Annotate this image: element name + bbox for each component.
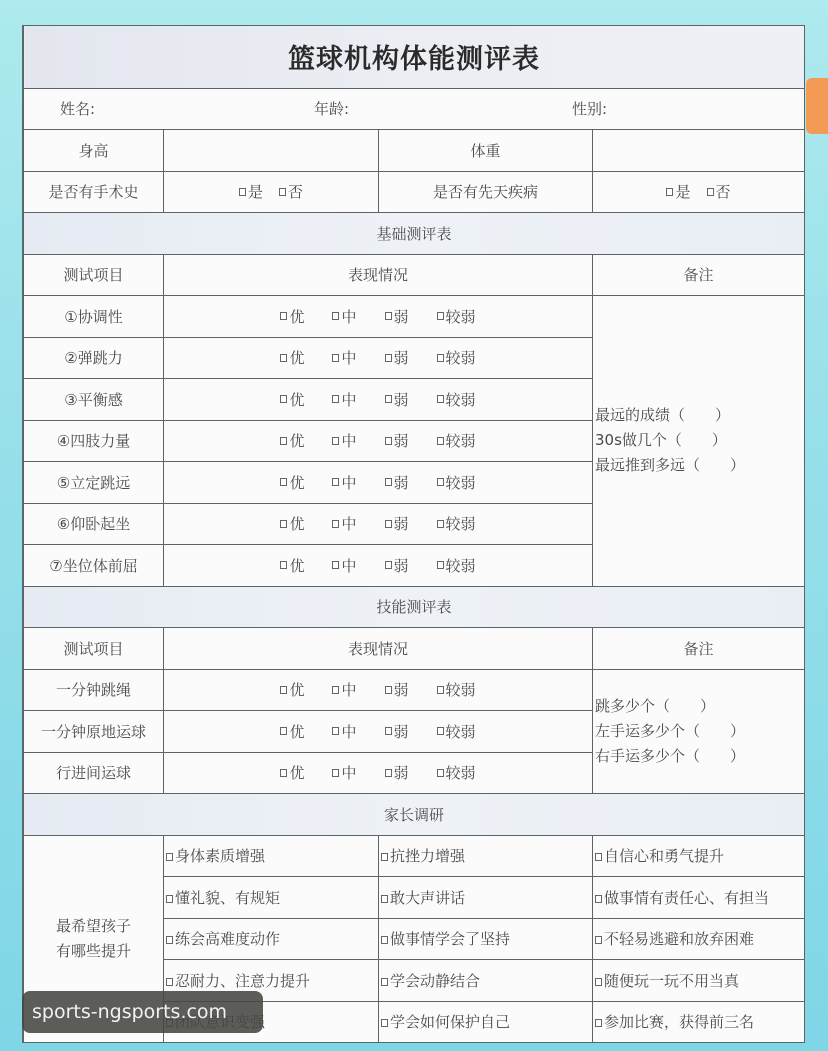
checkbox-icon: [595, 1019, 602, 1027]
test-item: 一分钟原地运球: [24, 711, 164, 753]
decorative-orange-tab: [806, 78, 828, 134]
rating-weak-checkbox[interactable]: 弱: [385, 306, 409, 327]
checkbox-icon: [280, 686, 287, 694]
test-item: 行进间运球: [24, 752, 164, 794]
checkbox-icon: [280, 478, 287, 486]
basic-row-1: ①协调性 优 中 弱 较弱 最远的成绩（ ） 30s做几个（ ） 最远推到多远（…: [24, 296, 805, 338]
checkbox-icon: [437, 395, 444, 403]
checkbox-icon: [239, 188, 246, 196]
test-item: ②弹跳力: [24, 337, 164, 379]
rating-options: 优 中 弱 较弱: [164, 711, 593, 753]
rating-options: 优 中 弱 较弱: [164, 420, 593, 462]
parent-row-1: 最希望孩子 有哪些提升 身体素质增强 抗挫力增强 自信心和勇气提升: [24, 835, 805, 877]
test-item: 一分钟跳绳: [24, 669, 164, 711]
basic-notes-cell[interactable]: 最远的成绩（ ） 30s做几个（ ） 最远推到多远（ ）: [593, 296, 805, 587]
form-title: 篮球机构体能测评表: [24, 26, 805, 88]
rating-weak-checkbox[interactable]: 弱: [385, 347, 409, 368]
basic-section-header: 基础测评表: [24, 213, 805, 255]
checkbox-icon: [332, 520, 339, 528]
parent-option-checkbox[interactable]: 随便玩一玩不用当真: [593, 960, 805, 1002]
checkbox-icon: [437, 561, 444, 569]
column-header-performance: 表现情况: [164, 254, 593, 296]
rating-weaker-checkbox[interactable]: 较弱: [437, 679, 476, 700]
rating-weak-checkbox[interactable]: 弱: [385, 389, 409, 410]
height-label: 身高: [24, 130, 164, 172]
height-input[interactable]: [164, 130, 379, 172]
rating-excellent-checkbox[interactable]: 优: [280, 347, 304, 368]
rating-excellent-checkbox[interactable]: 优: [280, 389, 304, 410]
note-line: 左手运多少个（ ）: [595, 719, 804, 744]
rating-options: 优 中 弱 较弱: [164, 669, 593, 711]
parent-option-checkbox[interactable]: 做事情有责任心、有担当: [593, 877, 805, 919]
skill-row-1: 一分钟跳绳 优 中 弱 较弱 跳多少个（ ） 左手运多少个（ ） 右手运多少个（…: [24, 669, 805, 711]
rating-weak-checkbox[interactable]: 弱: [385, 679, 409, 700]
rating-options: 优 中 弱 较弱: [164, 545, 593, 587]
form-table: 篮球机构体能测评表 姓名: 年龄: 性别: 身高 体重 是否有手术史 是 否 是…: [23, 26, 805, 1043]
checkbox-icon: [280, 437, 287, 445]
checkbox-icon: [385, 437, 392, 445]
test-item: ⑦坐位体前屈: [24, 545, 164, 587]
medical-history-row: 是否有手术史 是 否 是否有先天疾病 是 否: [24, 171, 805, 213]
checkbox-icon: [385, 395, 392, 403]
checkbox-icon: [385, 727, 392, 735]
rating-medium-checkbox[interactable]: 中: [332, 555, 356, 576]
parent-option-checkbox[interactable]: 敢大声讲话: [379, 877, 593, 919]
name-field-label[interactable]: 姓名:: [60, 98, 314, 119]
test-item: ⑥仰卧起坐: [24, 503, 164, 545]
checkbox-icon: [332, 354, 339, 362]
rating-options: 优 中 弱 较弱: [164, 503, 593, 545]
note-line: 最远的成绩（ ）: [595, 403, 804, 428]
parent-option-checkbox[interactable]: 不轻易逃避和放弃困难: [593, 918, 805, 960]
checkbox-icon: [280, 561, 287, 569]
rating-weaker-checkbox[interactable]: 较弱: [437, 472, 476, 493]
rating-medium-checkbox[interactable]: 中: [332, 472, 356, 493]
column-header-item: 测试项目: [24, 254, 164, 296]
rating-weak-checkbox[interactable]: 弱: [385, 513, 409, 534]
column-header-notes: 备注: [593, 254, 805, 296]
checkbox-icon: [381, 936, 388, 944]
checkbox-icon: [280, 769, 287, 777]
rating-options: 优 中 弱 较弱: [164, 296, 593, 338]
test-item: ③平衡感: [24, 379, 164, 421]
basic-section-title: 基础测评表: [24, 213, 805, 255]
checkbox-icon: [707, 188, 714, 196]
checkbox-icon: [385, 478, 392, 486]
watermark: sports-ngsports.com: [22, 991, 263, 1033]
rating-medium-checkbox[interactable]: 中: [332, 347, 356, 368]
rating-excellent-checkbox[interactable]: 优: [280, 430, 304, 451]
skill-section-title: 技能测评表: [24, 586, 805, 628]
rating-excellent-checkbox[interactable]: 优: [280, 762, 304, 783]
checkbox-icon: [437, 727, 444, 735]
checkbox-icon: [385, 520, 392, 528]
checkbox-icon: [332, 395, 339, 403]
rating-excellent-checkbox[interactable]: 优: [280, 513, 304, 534]
parent-section-title: 家长调研: [24, 794, 805, 836]
checkbox-icon: [385, 312, 392, 320]
checkbox-icon: [332, 769, 339, 777]
rating-weaker-checkbox[interactable]: 较弱: [437, 347, 476, 368]
rating-excellent-checkbox[interactable]: 优: [280, 721, 304, 742]
checkbox-icon: [280, 354, 287, 362]
checkbox-icon: [381, 853, 388, 861]
height-weight-row: 身高 体重: [24, 130, 805, 172]
rating-weak-checkbox[interactable]: 弱: [385, 430, 409, 451]
column-header-item: 测试项目: [24, 628, 164, 670]
checkbox-icon: [666, 188, 673, 196]
basic-column-headers: 测试项目 表现情况 备注: [24, 254, 805, 296]
checkbox-icon: [166, 978, 173, 986]
checkbox-icon: [332, 478, 339, 486]
rating-weaker-checkbox[interactable]: 较弱: [437, 762, 476, 783]
surgery-yes-checkbox[interactable]: 是: [239, 181, 263, 202]
checkbox-icon: [381, 895, 388, 903]
checkbox-icon: [280, 395, 287, 403]
skill-notes-cell[interactable]: 跳多少个（ ） 左手运多少个（ ） 右手运多少个（ ）: [593, 669, 805, 794]
rating-medium-checkbox[interactable]: 中: [332, 389, 356, 410]
rating-options: 优 中 弱 较弱: [164, 752, 593, 794]
checkbox-icon: [385, 686, 392, 694]
skill-section-header: 技能测评表: [24, 586, 805, 628]
test-item: ④四肢力量: [24, 420, 164, 462]
checkbox-icon: [595, 895, 602, 903]
rating-weaker-checkbox[interactable]: 较弱: [437, 513, 476, 534]
note-line: 右手运多少个（ ）: [595, 744, 804, 769]
title-row: 篮球机构体能测评表: [24, 26, 805, 88]
rating-medium-checkbox[interactable]: 中: [332, 721, 356, 742]
rating-options: 优 中 弱 较弱: [164, 337, 593, 379]
checkbox-icon: [385, 354, 392, 362]
evaluation-form: 篮球机构体能测评表 姓名: 年龄: 性别: 身高 体重 是否有手术史 是 否 是…: [22, 25, 805, 1043]
checkbox-icon: [280, 727, 287, 735]
rating-medium-checkbox[interactable]: 中: [332, 513, 356, 534]
checkbox-icon: [332, 437, 339, 445]
test-item: ⑤立定跳远: [24, 462, 164, 504]
parent-option-checkbox[interactable]: 懂礼貌、有规矩: [164, 877, 379, 919]
checkbox-icon: [437, 354, 444, 362]
note-line: 最远推到多远（ ）: [595, 453, 804, 478]
weight-label: 体重: [379, 130, 593, 172]
surgery-history-label: 是否有手术史: [24, 171, 164, 213]
rating-excellent-checkbox[interactable]: 优: [280, 679, 304, 700]
note-line: 30s做几个（ ）: [595, 428, 804, 453]
checkbox-icon: [332, 561, 339, 569]
congenital-yes-checkbox[interactable]: 是: [666, 181, 690, 202]
rating-excellent-checkbox[interactable]: 优: [280, 472, 304, 493]
parent-option-checkbox[interactable]: 做事情学会了坚持: [379, 918, 593, 960]
checkbox-icon: [437, 312, 444, 320]
checkbox-icon: [385, 769, 392, 777]
rating-weaker-checkbox[interactable]: 较弱: [437, 430, 476, 451]
checkbox-icon: [381, 978, 388, 986]
rating-weaker-checkbox[interactable]: 较弱: [437, 306, 476, 327]
checkbox-icon: [595, 936, 602, 944]
checkbox-icon: [332, 686, 339, 694]
checkbox-icon: [437, 478, 444, 486]
parent-option-checkbox[interactable]: 学会如何保护自己: [379, 1001, 593, 1043]
checkbox-icon: [595, 978, 602, 986]
rating-weaker-checkbox[interactable]: 较弱: [437, 721, 476, 742]
checkbox-icon: [166, 936, 173, 944]
parent-option-checkbox[interactable]: 练会高难度动作: [164, 918, 379, 960]
checkbox-icon: [280, 520, 287, 528]
parent-option-checkbox[interactable]: 学会动静结合: [379, 960, 593, 1002]
rating-excellent-checkbox[interactable]: 优: [280, 555, 304, 576]
parent-option-checkbox[interactable]: 自信心和勇气提升: [593, 835, 805, 877]
checkbox-icon: [279, 188, 286, 196]
rating-weak-checkbox[interactable]: 弱: [385, 472, 409, 493]
checkbox-icon: [437, 686, 444, 694]
checkbox-icon: [166, 853, 173, 861]
weight-input[interactable]: [593, 130, 805, 172]
note-line: 跳多少个（ ）: [595, 694, 804, 719]
test-item: ①协调性: [24, 296, 164, 338]
checkbox-icon: [381, 1019, 388, 1027]
checkbox-icon: [166, 895, 173, 903]
rating-weak-checkbox[interactable]: 弱: [385, 721, 409, 742]
rating-weak-checkbox[interactable]: 弱: [385, 762, 409, 783]
parent-option-checkbox[interactable]: 身体素质增强: [164, 835, 379, 877]
age-field-label[interactable]: 年龄:: [314, 98, 572, 119]
rating-options: 优 中 弱 较弱: [164, 462, 593, 504]
rating-excellent-checkbox[interactable]: 优: [280, 306, 304, 327]
rating-weaker-checkbox[interactable]: 较弱: [437, 555, 476, 576]
rating-medium-checkbox[interactable]: 中: [332, 306, 356, 327]
rating-medium-checkbox[interactable]: 中: [332, 430, 356, 451]
gender-field-label[interactable]: 性别:: [572, 98, 607, 119]
checkbox-icon: [437, 520, 444, 528]
rating-medium-checkbox[interactable]: 中: [332, 679, 356, 700]
checkbox-icon: [595, 853, 602, 861]
skill-column-headers: 测试项目 表现情况 备注: [24, 628, 805, 670]
rating-weak-checkbox[interactable]: 弱: [385, 555, 409, 576]
personal-info-row: 姓名: 年龄: 性别:: [24, 88, 805, 130]
congenital-disease-label: 是否有先天疾病: [379, 171, 593, 213]
surgery-no-checkbox[interactable]: 否: [279, 181, 303, 202]
checkbox-icon: [437, 437, 444, 445]
rating-medium-checkbox[interactable]: 中: [332, 762, 356, 783]
checkbox-icon: [437, 769, 444, 777]
rating-weaker-checkbox[interactable]: 较弱: [437, 389, 476, 410]
column-header-notes: 备注: [593, 628, 805, 670]
checkbox-icon: [332, 727, 339, 735]
parent-option-checkbox[interactable]: 抗挫力增强: [379, 835, 593, 877]
congenital-no-checkbox[interactable]: 否: [707, 181, 731, 202]
parent-option-checkbox[interactable]: 参加比赛，获得前三名: [593, 1001, 805, 1043]
checkbox-icon: [332, 312, 339, 320]
column-header-performance: 表现情况: [164, 628, 593, 670]
parent-section-header: 家长调研: [24, 794, 805, 836]
rating-options: 优 中 弱 较弱: [164, 379, 593, 421]
checkbox-icon: [385, 561, 392, 569]
checkbox-icon: [280, 312, 287, 320]
